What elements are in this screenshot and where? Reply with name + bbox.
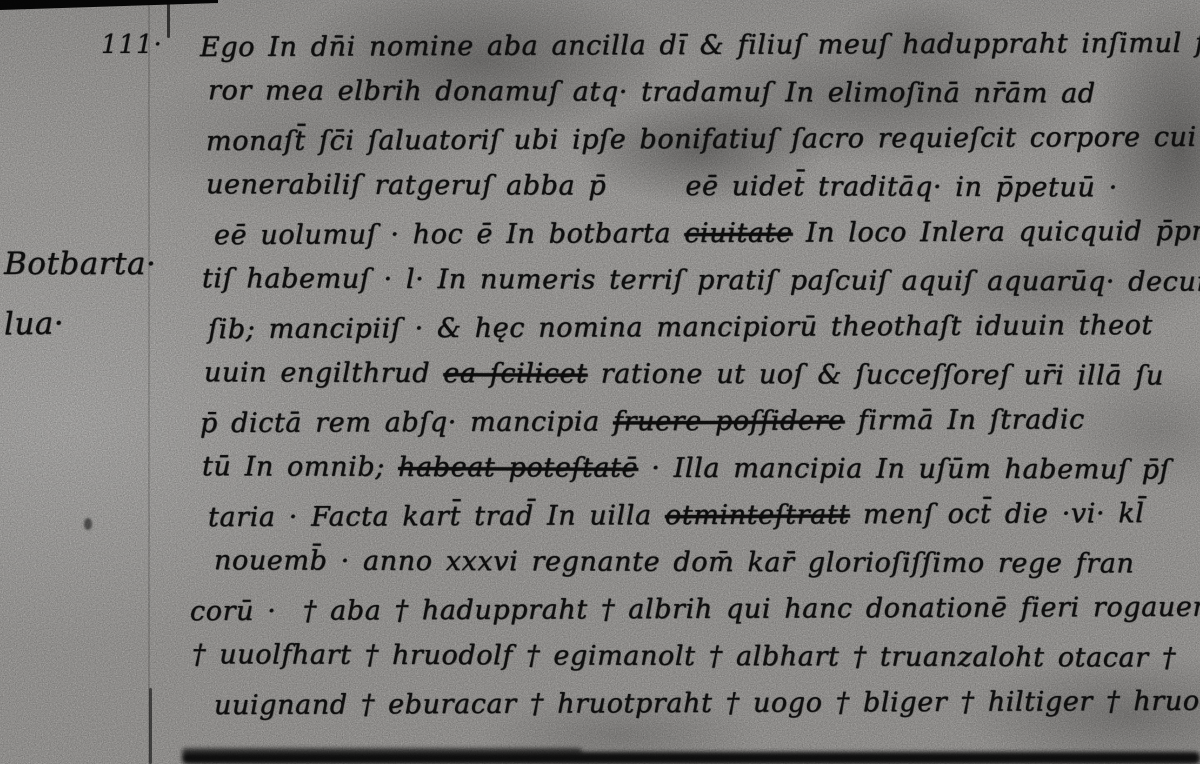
- line-text: In loco Inlera quicquid p̄prieta: [793, 216, 1200, 249]
- struck-text: habeat poteſtatē: [398, 452, 638, 484]
- line-text: ſib; mancipiiſ · & hęc nomina mancipiorū…: [208, 310, 1153, 345]
- margin-ruling-line: [148, 0, 150, 764]
- manuscript-line: taria · Facta kart̄ trad̄ In uilla otmin…: [208, 490, 1200, 541]
- line-text: nouemb̄ · anno xxxvi regnante dom̄ kar̄ …: [214, 545, 1135, 579]
- line-text: uenerabiliſ ratgeruſ abba p̄ eē uidet̄ t…: [206, 169, 1118, 203]
- margin-note-botbarta: Botbarta·: [4, 246, 156, 282]
- charter-number: 111·: [101, 30, 163, 60]
- line-text: uuignand † eburacar † hruotpraht † uogo …: [214, 686, 1200, 722]
- line-text: eē uolumuſ · hoc ē In botbarta: [214, 218, 684, 251]
- ink-speck: [84, 518, 92, 530]
- manuscript-line: tū In omnib; habeat poteſtatē · Illa man…: [202, 443, 1200, 493]
- manuscript-line: tiſ habemuſ · l· In numeris terriſ prati…: [202, 255, 1200, 305]
- line-text: uuin engilthrud: [204, 357, 443, 389]
- struck-text: ciuitate: [684, 218, 792, 249]
- line-text: firmā In ſtradic: [845, 404, 1085, 436]
- line-text: ror mea elbrih donamuſ atq· tradamuſ In …: [208, 75, 1096, 109]
- line-text: ratione ut uoſ & ſucceſſoreſ ur̄i illā ſ…: [587, 359, 1163, 392]
- manuscript-line: Ego In dn̄i nomine aba ancilla dı̄ & fil…: [200, 20, 1200, 71]
- manuscript-line: monaſt̄ ſc̄i ſaluatoriſ ubi ipſe bonifat…: [206, 114, 1200, 165]
- text-block: Ego In dn̄i nomine aba ancilla dı̄ & fil…: [200, 22, 1200, 727]
- manuscript-line: eē uolumuſ · hoc ē In botbarta ciuitate …: [214, 208, 1200, 259]
- line-text: p̄ dictā rem abſq· mancipia: [200, 406, 613, 439]
- struck-text: otminteſtratt: [665, 499, 850, 531]
- struck-text: ea ſcilicet: [443, 358, 587, 390]
- struck-text: fruere poſſidere: [613, 405, 845, 437]
- line-text: menſ oct̄ die ·vi· kl̄: [850, 498, 1145, 530]
- line-text: † uuolfhart † hruodolf † egimanolt † alb…: [192, 639, 1176, 673]
- manuscript-line: nouemb̄ · anno xxxvi regnante dom̄ kar̄ …: [214, 537, 1200, 587]
- manuscript-line: † uuolfhart † hruodolf † egimanolt † alb…: [192, 631, 1200, 682]
- manuscript-line: ror mea elbrih donamuſ atq· tradamuſ In …: [208, 67, 1200, 117]
- line-text: monaſt̄ ſc̄i ſaluatoriſ ubi ipſe bonifat…: [206, 122, 1197, 157]
- margin-note-lua: lua·: [4, 305, 65, 342]
- manuscript-photo: 111· Botbarta· lua· Ego In dn̄i nomine a…: [0, 0, 1200, 764]
- line-text: taria · Facta kart̄ trad̄ In uilla: [208, 500, 665, 533]
- margin-ruling-bottom-stroke: [149, 688, 152, 764]
- cropped-next-line: [182, 752, 1200, 764]
- manuscript-line: uenerabiliſ ratgeruſ abba p̄ eē uidet̄ t…: [206, 161, 1200, 211]
- manuscript-line: corū · † aba † haduppraht † albrih qui h…: [190, 584, 1200, 635]
- manuscript-line: uuin engilthrud ea ſcilicet ratione ut u…: [204, 349, 1200, 399]
- photo-edge-top-left: [0, 0, 218, 10]
- manuscript-line: p̄ dictā rem abſq· mancipia fruere poſſi…: [200, 396, 1200, 447]
- line-text: · Illa mancipia In uſūm habemuſ p̄ſ: [638, 453, 1170, 486]
- manuscript-line: uuignand † eburacar † hruotpraht † uogo …: [214, 678, 1200, 729]
- line-text: corū · † aba † haduppraht † albrih qui h…: [190, 592, 1200, 628]
- line-text: tū In omnib;: [202, 451, 398, 483]
- line-text: Ego In dn̄i nomine aba ancilla dı̄ & fil…: [200, 28, 1200, 63]
- line-text: tiſ habemuſ · l· In numeris terriſ prati…: [202, 263, 1200, 298]
- manuscript-line: ſib; mancipiiſ · & hęc nomina mancipiorū…: [208, 302, 1200, 353]
- margin-ruling-top-stroke: [167, 0, 170, 38]
